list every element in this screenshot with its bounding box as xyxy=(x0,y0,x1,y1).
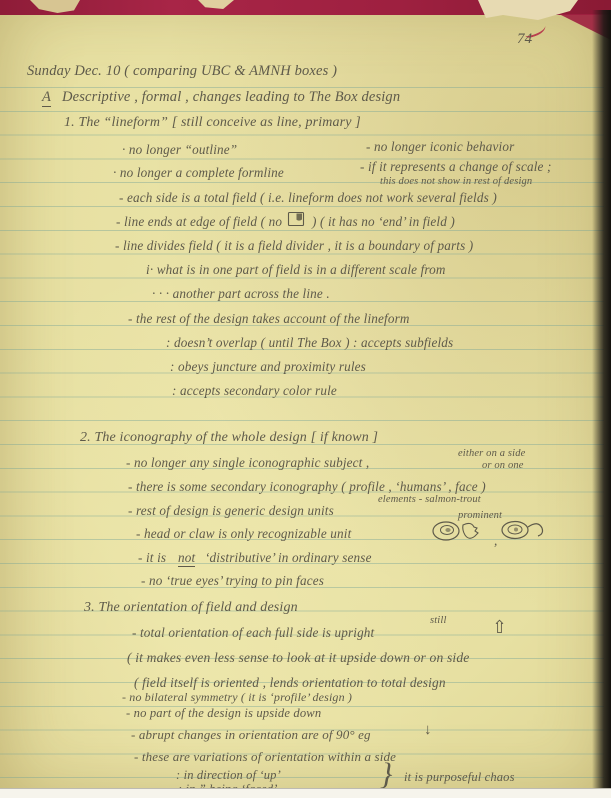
handwritten-line: still xyxy=(430,615,447,627)
scan-right-shadow xyxy=(592,10,611,798)
handwritten-line: - head or claw is only recognizable unit xyxy=(136,527,351,542)
small-box-sketch-icon xyxy=(287,210,307,232)
handwritten-line: ‘distributive’ in ordinary sense xyxy=(205,551,372,566)
handwritten-line: ) ( it has no ‘end’ in field ) xyxy=(312,215,455,230)
handwritten-line: - each side is a total field ( i.e. line… xyxy=(119,191,497,206)
handwritten-line: ( it makes even less sense to look at it… xyxy=(127,651,469,666)
handwritten-line: , xyxy=(494,534,497,549)
handwritten-line: - there is some secondary iconography ( … xyxy=(128,480,486,495)
handwritten-line: this does not show in rest of design xyxy=(380,176,532,188)
handwritten-line: · no longer “outline” xyxy=(122,143,237,158)
handwritten-line: · no longer a complete formline xyxy=(113,166,284,181)
item-1-title: 1. The “lineform” [ still conceive as li… xyxy=(64,115,361,130)
handwritten-line: it is purposeful chaos xyxy=(404,771,515,785)
handwritten-line: - no ‘true eyes’ trying to pin faces xyxy=(141,574,324,589)
handwritten-line: - the rest of the design takes account o… xyxy=(128,312,410,327)
scan-bottom-edge xyxy=(0,788,611,798)
heading-text: Descriptive , formal , changes leading t… xyxy=(62,90,400,106)
handwritten-line: - no longer any single iconographic subj… xyxy=(126,456,369,471)
handwritten-line: - line divides field ( it is a field div… xyxy=(115,239,473,254)
handwritten-line: either on a side xyxy=(458,448,525,460)
brace-mark: } xyxy=(380,757,393,791)
ovoid-claw-doodle-icon xyxy=(430,518,492,550)
handwritten-line: not xyxy=(178,551,195,567)
handwritten-line: i· what is in one part of field is in a … xyxy=(146,263,446,278)
handwritten-line: ( field itself is oriented , lends orien… xyxy=(134,676,446,691)
handwritten-line: - no part of the design is upside down xyxy=(126,707,321,721)
item-2-title: 2. The iconography of the whole design [… xyxy=(80,430,378,445)
handwritten-line: elements - salmon-trout xyxy=(378,494,481,506)
torn-paper-fragment xyxy=(478,0,578,20)
handwritten-line: - no bilateral symmetry ( it is ‘profile… xyxy=(122,691,352,704)
handwritten-line: : accepts secondary color rule xyxy=(172,384,337,399)
ovoid-hook-doodle-icon xyxy=(500,518,548,548)
up-arrow-mark: ⇧ xyxy=(492,618,507,638)
notebook-page: 74 Sunday Dec. 10 ( comparing UBC & AMNH… xyxy=(0,0,611,798)
date-heading: Sunday Dec. 10 ( comparing UBC & AMNH bo… xyxy=(27,64,337,80)
handwritten-line: : obeys juncture and proximity rules xyxy=(170,360,366,375)
handwritten-line: · · · another part across the line . xyxy=(152,287,330,302)
handwritten-line: - if it represents a change of scale ; xyxy=(360,160,552,175)
handwritten-line: - no longer iconic behavior xyxy=(366,140,514,155)
down-arrow-mark: ↓ xyxy=(424,722,432,739)
handwritten-line: : doesn’t overlap ( until The Box ) : ac… xyxy=(166,336,453,351)
handwritten-line: : in direction of ‘up’ xyxy=(176,769,281,783)
handwritten-line: - line ends at edge of field ( no xyxy=(116,215,282,230)
handwritten-line: - total orientation of each full side is… xyxy=(132,626,374,641)
item-3-title: 3. The orientation of field and design xyxy=(84,600,298,615)
page-number: 74 xyxy=(517,31,532,48)
handwritten-line: - abrupt changes in orientation are of 9… xyxy=(131,728,371,742)
heading-letter: A xyxy=(42,90,51,107)
handwritten-line: - these are variations of orientation wi… xyxy=(134,750,396,764)
handwritten-line: or on one xyxy=(482,460,524,472)
handwritten-line: - it is xyxy=(138,551,166,566)
handwritten-line: - rest of design is generic design units xyxy=(128,504,334,519)
